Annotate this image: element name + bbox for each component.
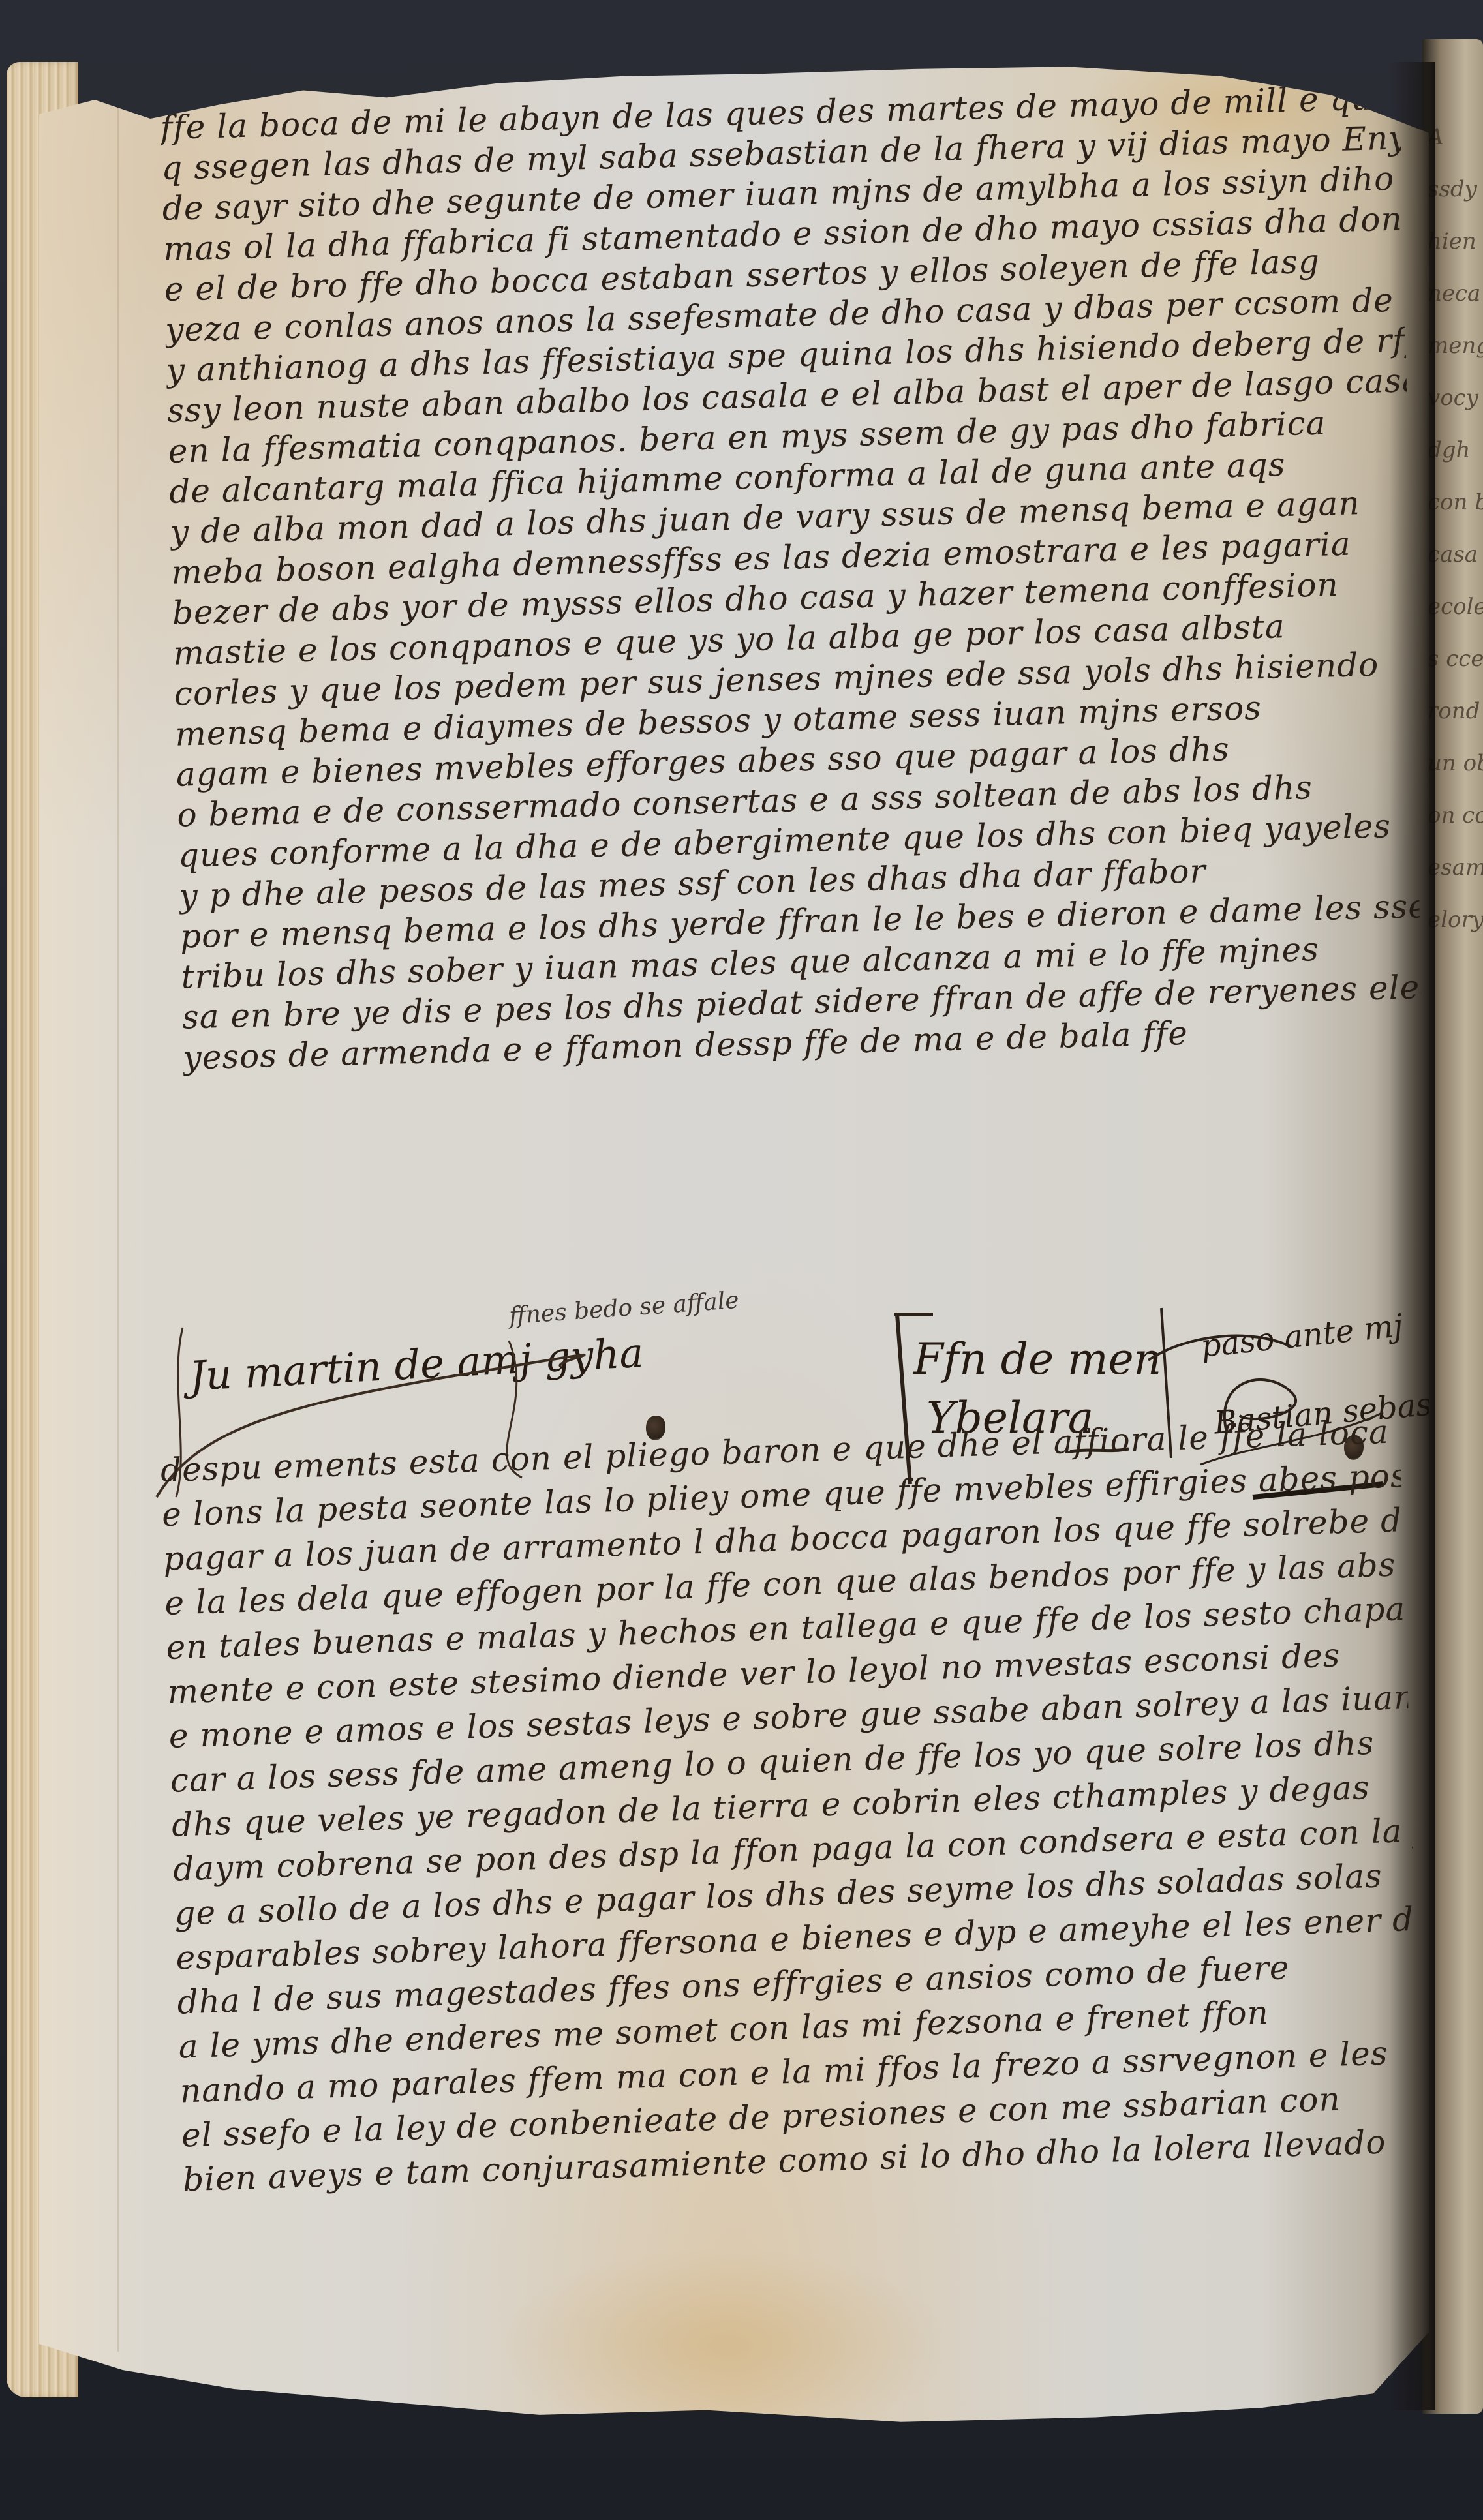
adjacent-fragment: casa con	[1428, 541, 1483, 568]
main-text-block: ffe la boca de mi le abayn de las ques d…	[160, 78, 1423, 1078]
adjacent-fragment: meng	[1428, 333, 1483, 359]
signature-1-note: ffnes bedo se affale	[508, 1287, 740, 1330]
adjacent-fragment: ecolen	[1428, 594, 1483, 620]
adjacent-fragment: un ob	[1428, 750, 1483, 776]
signature-1: Ju martin de amj gyha	[189, 1329, 645, 1400]
signature-2-line-1: Ffn de men	[913, 1334, 1161, 1384]
signature-3-line-1: paso ante mj	[1199, 1307, 1405, 1365]
adjacent-fragment: rond	[1428, 698, 1480, 724]
gutter-shadow	[1390, 62, 1435, 2410]
adjacent-fragment: s cces	[1428, 646, 1483, 672]
adjacent-fragment: on cop	[1428, 802, 1483, 828]
adjacent-fragment: con bie	[1428, 489, 1483, 515]
adjacent-fragment: elory	[1428, 907, 1483, 933]
adjacent-fragment: neca ocy	[1428, 281, 1483, 307]
manuscript-page: ffe la boca de mi le abayn de las ques d…	[39, 62, 1429, 2427]
adjacent-fragment: esamen	[1428, 855, 1483, 881]
margin-fold	[117, 101, 119, 2352]
second-text-block: despu ements esta con el pliego baron e …	[160, 1409, 1422, 2202]
